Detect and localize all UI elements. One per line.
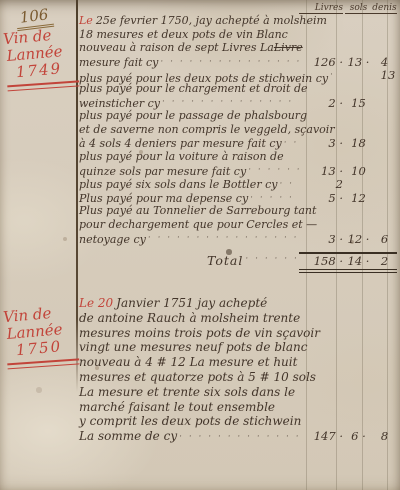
amount: 2 ·15: [299, 96, 397, 110]
livres-value: 3 ·: [299, 136, 343, 150]
amount: 5 ·12: [299, 191, 397, 205]
dotted-leader: · · · · · · · · · · · · · · · · · · · · …: [246, 165, 299, 175]
entry-1750-line-3: mesures moins trois pots de vin sçavoir: [79, 326, 397, 341]
amount: 2: [299, 177, 397, 191]
dotted-leader: · · · · · · · · · · · · · · · · · · · · …: [158, 57, 299, 67]
amount: 3 ·18: [299, 136, 397, 150]
livres-value: 3 ·: [299, 232, 343, 246]
line-text: plus payé six sols dans le Bottler cy: [79, 178, 277, 191]
ledger-page: 106 Vin de Lannée 1749 Vin de Lannée 175…: [0, 0, 400, 490]
livres-column-header: Livres: [299, 3, 343, 14]
entry-1750-line-2: de antoine Rauch à molsheim trente: [79, 311, 397, 326]
line-text: quinze sols par mesure fait cy: [79, 165, 246, 178]
line-text: Janvier 1751 jay achepté: [116, 296, 267, 310]
deniers-value: [372, 96, 397, 110]
entry-1749-line-7: weinsticher cy· · · · · · · · · · · · · …: [79, 96, 397, 110]
margin-note-year: 1750: [5, 337, 78, 360]
red-double-rule: [7, 80, 79, 91]
entry-1750: Le 20Janvier 1751 jay acheptéde antoine …: [79, 296, 397, 444]
line-text: plus payé pour le chargement et droit de: [79, 82, 308, 95]
red-double-rule: [7, 358, 79, 369]
amount: 158 ·14 ·2: [299, 252, 397, 273]
line-text: pour dechargement que pour Cercles et —: [79, 218, 317, 231]
struck-word: Livre: [274, 41, 303, 54]
deniers-column-header: denis: [372, 3, 397, 14]
sols-value: 13 ·: [345, 55, 372, 69]
sols-value: 12 ·: [345, 232, 372, 246]
entry-1749-line-4: mesure fait cy· · · · · · · · · · · · · …: [79, 55, 397, 69]
line-text: weinsticher cy: [79, 97, 160, 110]
line-text: nouveau à 4 # 12 La mesure et huit: [79, 355, 297, 369]
entry-1750-line-1: Le 20Janvier 1751 jay achepté: [79, 296, 397, 311]
entry-1749-line-17: netoyage cy· · · · · · · · · · · · · · ·…: [79, 232, 397, 246]
entry-1749-line-13: plus payé six sols dans le Bottler cy· ·…: [79, 177, 397, 191]
line-text: La mesure et trente six sols dans le: [79, 385, 295, 399]
entry-1750-line-10: La somme de cy· · · · · · · · · · · · · …: [79, 429, 397, 444]
dotted-leader: · · · · · · · · · · · · · · · · · · · · …: [328, 70, 332, 80]
deniers-value: 6: [372, 232, 397, 246]
entry-1750-line-9: y comprit les deux pots de stichwein: [79, 414, 397, 429]
amount: 126 ·13 ·4: [299, 55, 397, 69]
entry-1749-line-14: Plus payé pour ma depense cy· · · · · · …: [79, 191, 397, 205]
line-text: de antoine Rauch à molsheim trente: [79, 311, 300, 325]
entry-1749-line-9: et de saverne non compris le veggeld, sç…: [79, 123, 397, 137]
entry-1750-line-6: mesures et quatorze pots à 5 # 10 sols: [79, 370, 397, 385]
deniers-value: 2: [372, 254, 397, 268]
margin-note-1749: Vin de Lannée 1749: [2, 25, 79, 92]
sols-value: 15: [345, 96, 372, 110]
livres-value: 126 ·: [299, 55, 343, 69]
entry-1749-line-11: plus payé pour la voiture à raison de: [79, 150, 397, 164]
amount: 147 ·6 ·8: [299, 429, 397, 443]
dotted-leader: · · · · · · · · · · · · · · · · · · · · …: [248, 193, 299, 203]
line-text: Plus payé au Tonnelier de Sarrebourg tan…: [79, 204, 316, 217]
sols-value: 14 ·: [345, 254, 372, 268]
sols-value: 12: [345, 191, 372, 205]
amount: 13 ·10: [299, 164, 397, 178]
sols-value: 18: [345, 136, 372, 150]
line-text: Plus payé pour ma depense cy: [79, 192, 248, 205]
entry-1749-line-10: à 4 sols 4 deniers par mesure fait cy· ·…: [79, 136, 397, 150]
entry-1749-line-3: nouveau à raison de sept Livres La Livre: [79, 41, 397, 55]
dotted-leader: · · · · · · · · · · · · · · · · · · · · …: [282, 138, 299, 148]
line-text: mesures moins trois pots de vin sçavoir: [79, 326, 320, 340]
entry-1749-line-6: plus payé pour le chargement et droit de: [79, 82, 397, 96]
entry-1749: Le25e fevrier 1750, jay achepté à molshe…: [79, 14, 397, 266]
deniers-value: 4: [372, 55, 397, 69]
entry-1749-line-15: Plus payé au Tonnelier de Sarrebourg tan…: [79, 204, 397, 218]
line-text: à 4 sols 4 deniers par mesure fait cy: [79, 137, 282, 150]
sols-value: [345, 177, 372, 191]
line-text: 25e fevrier 1750, jay achepté à molsheim: [96, 14, 327, 27]
margin-note-1750: Vin de Lannée 1750: [2, 303, 79, 370]
deniers-value: [372, 164, 397, 178]
entry-1750-line-4: vingt une mesures neuf pots de blanc: [79, 340, 397, 355]
livres-value: [332, 68, 376, 82]
dotted-leader: · · · · · · · · · · · · · · · · · · · · …: [160, 97, 299, 107]
line-text: plus payé pour le passage de phalsbourg: [79, 109, 307, 122]
line-text: marché faisant le tout ensemble: [79, 400, 275, 414]
entry-1749-line-12: quinze sols par mesure fait cy· · · · · …: [79, 164, 397, 178]
deniers-value: [372, 136, 397, 150]
amount: 3 ·12 ·6: [299, 232, 397, 246]
ink-specks: [0, 0, 2, 2]
margin-note-year: 1749: [5, 59, 78, 82]
dotted-leader: · · · · · · · · · · · · · · · · · · · · …: [177, 432, 299, 442]
deniers-value: [372, 191, 397, 205]
line-text: y comprit les deux pots de stichwein: [79, 414, 301, 428]
sols-value: 6 ·: [345, 429, 372, 443]
entry-1750-line-5: nouveau à 4 # 12 La mesure et huit: [79, 355, 397, 370]
deniers-value: [372, 177, 397, 191]
currency-column-headers: Livres sols denis: [299, 3, 397, 14]
line-text: vingt une mesures neuf pots de blanc: [79, 340, 307, 354]
entry-1749-line-1: Le25e fevrier 1750, jay achepté à molshe…: [79, 14, 397, 28]
entry-1749-line-18: Total· · · · · · · · · · · · · · · · · ·…: [79, 252, 397, 266]
line-text: et de saverne non compris le veggeld, sç…: [79, 123, 335, 136]
entry-1750-line-7: La mesure et trente six sols dans le: [79, 385, 397, 400]
line-text: Total: [207, 253, 243, 268]
line-text: netoyage cy: [79, 233, 146, 246]
entry-1749-line-5: plus payé pour les deux pots de stichwei…: [79, 68, 397, 82]
amount: 13 ·4: [332, 68, 400, 82]
line-text: mesure fait cy: [79, 56, 158, 69]
line-text: mesures et quatorze pots à 5 # 10 sols: [79, 370, 316, 384]
livres-value: 2 ·: [299, 96, 343, 110]
entry-1749-line-8: plus payé pour le passage de phalsbourg: [79, 109, 397, 123]
line-text: plus payé pour la voiture à raison de: [79, 150, 284, 163]
dotted-leader: · · · · · · · · · · · · · · · · · · · · …: [277, 179, 299, 189]
deniers-value: 8: [372, 429, 397, 443]
line-text: 18 mesures et deux pots de vin Blanc: [79, 28, 288, 41]
sols-column-header: sols: [345, 3, 372, 14]
livres-value: 147 ·: [299, 429, 343, 443]
livres-value: 13 ·: [299, 164, 343, 178]
livres-value: 158 ·: [299, 254, 343, 268]
livres-value: 5 ·: [299, 191, 343, 205]
line-text: La somme de cy: [79, 429, 177, 443]
sols-value: 13 ·: [378, 68, 400, 82]
dotted-leader: · · · · · · · · · · · · · · · · · · · · …: [146, 233, 299, 243]
red-ink-text: Le: [79, 14, 96, 27]
red-ink-text: Le 20: [79, 296, 116, 310]
livres-value: 2: [299, 177, 343, 191]
sols-value: 10: [345, 164, 372, 178]
entry-1749-line-16: pour dechargement que pour Cercles et —: [79, 218, 397, 232]
entry-1749-line-2: 18 mesures et deux pots de vin Blanc: [79, 28, 397, 42]
dotted-leader: · · · · · · · · · · · · · · · · · · · · …: [243, 254, 299, 264]
entry-1750-line-8: marché faisant le tout ensemble: [79, 400, 397, 415]
line-text: nouveau à raison de sept Livres La: [79, 41, 274, 54]
